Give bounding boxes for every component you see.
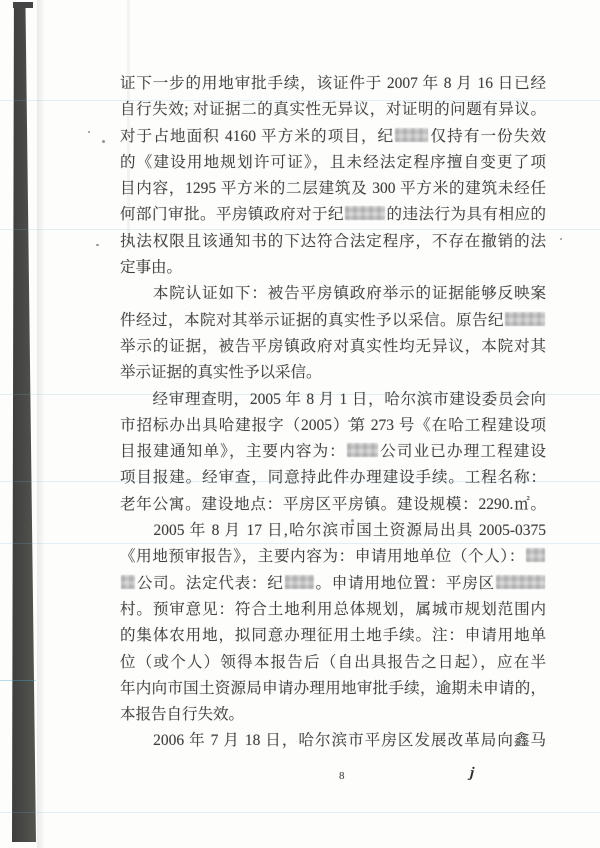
text-segment: 本院认证如下：被告平房镇政府举示的证据能够反映案 [120, 285, 546, 302]
text-line: 何部门审批。平房镇政府对于纪的违法行为具有相应的 [120, 202, 546, 228]
text-segment: 目报建通知单》，主要内容为： [120, 443, 346, 460]
text-line: 老年公寓。建设地点：平房区平房镇。建设规模：2290.㎡。 [120, 492, 546, 518]
scan-speck [102, 140, 105, 143]
redacted-text [395, 128, 428, 142]
text-line: 自行失效; 对证据二的真实性无异议，对证明的问题有异议。 [120, 97, 546, 123]
document-lines: 证下一步的用地审批手续，该证件于 2007 年 8 月 16 日已经自行失效; … [120, 71, 546, 755]
redacted-text [345, 206, 385, 220]
text-line: 本院认证如下：被告平房镇政府举示的证据能够反映案 [120, 281, 546, 307]
text-line: 2005 年 8 月 17 日,哈尔滨市国土资源局出具 2005-0375 [120, 518, 546, 544]
redacted-text [496, 575, 545, 589]
text-segment: 仅持有一份失效 [429, 128, 546, 145]
text-segment: 。申请用地位置：平房区 [315, 575, 495, 592]
text-segment: 2006 年 7 月 18 日，哈尔滨市平房区发展改革局向鑫马 [120, 732, 546, 749]
text-segment: 村。预审意见：符合土地利用总体规划，属城市规划范围内 [120, 601, 546, 618]
text-line: 项目报建。经审查，同意持此件办理建设手续。工程名称： [120, 465, 546, 491]
page-number: 8 [339, 770, 345, 782]
text-segment: 对于占地面积 4160 平方米的项目，纪 [120, 128, 394, 145]
text-line: 2006 年 7 月 18 日，哈尔滨市平房区发展改革局向鑫马 [120, 728, 546, 754]
text-line: 定事由。 [120, 255, 546, 281]
scan-line [0, 812, 600, 813]
text-line: 年内向市国土资源局申请办理用地审批手续，逾期未申请的， [120, 676, 546, 702]
text-segment: 的集体农用地，拟同意办理征用土地手续。注：申请用地单 [120, 627, 546, 644]
text-segment: 公司业已办理工程建设 [379, 443, 546, 460]
scan-speck [560, 238, 562, 240]
text-line: 目报建通知单》，主要内容为：公司业已办理工程建设 [120, 439, 546, 465]
text-segment: 举示的证据，被告平房镇政府对真实性均无异议，本院对其 [120, 338, 546, 355]
text-line: 对于占地面积 4160 平方米的项目，纪仅持有一份失效 [120, 124, 546, 150]
scan-streak [37, 0, 44, 848]
text-segment: 自行失效; 对证据二的真实性无异议，对证明的问题有异议。 [120, 101, 546, 118]
text-line: 举示证据的真实性予以采信。 [120, 360, 546, 386]
text-segment: 执法权限且该通知书的下达符合法定程序，不存在撤销的法 [120, 233, 546, 250]
text-segment: 的违法行为具有相应的 [386, 206, 546, 223]
text-line: 执法权限且该通知书的下达符合法定程序，不存在撤销的法 [120, 229, 546, 255]
text-line: 的集体农用地，拟同意办理征用土地手续。注：申请用地单 [120, 623, 546, 649]
ink-blot-mark: j [469, 765, 474, 782]
text-segment: 2005 年 8 月 17 日,哈尔滨市国土资源局出具 2005-0375 [120, 522, 546, 539]
text-segment: 的《建设用地规划许可证》，且未经法定程序擅自变更了项 [120, 154, 546, 171]
text-line: 《用地预审报告》，主要内容为：申请用地单位（个人）： [120, 544, 546, 570]
text-line: 的《建设用地规划许可证》，且未经法定程序擅自变更了项 [120, 150, 546, 176]
text-segment: 位（或个人）领得本报告后（自出具报告之日起），应在半 [120, 654, 546, 671]
redacted-text [505, 312, 545, 326]
scan-edge-bar-head [13, 2, 33, 8]
text-line: 目内容，1295 平方米的二层建筑及 300 平方米的建筑未经任 [120, 176, 546, 202]
scan-speck [96, 244, 99, 246]
text-segment: 《用地预审报告》，主要内容为：申请用地单位（个人）： [120, 548, 525, 565]
text-segment: 项目报建。经审查，同意持此件办理建设手续。工程名称： [120, 469, 546, 486]
scan-line [0, 680, 36, 681]
text-line: 举示的证据，被告平房镇政府对真实性均无异议，本院对其 [120, 334, 546, 360]
text-segment: 市招标办出具哈建报字（2005）第 273 号《在哈工程建设项 [120, 417, 546, 434]
text-segment: 本报告自行失效。 [120, 706, 244, 723]
text-segment: 件经过，本院对其举示证据的真实性予以采信。原告纪 [120, 312, 504, 329]
redacted-text [121, 575, 135, 589]
text-line: 市招标办出具哈建报字（2005）第 273 号《在哈工程建设项 [120, 413, 546, 439]
text-line: 证下一步的用地审批手续，该证件于 2007 年 8 月 16 日已经 [120, 71, 546, 97]
text-line: 件经过，本院对其举示证据的真实性予以采信。原告纪 [120, 308, 546, 334]
text-segment: 老年公寓。建设地点：平房区平房镇。建设规模：2290.㎡。 [120, 496, 546, 513]
redacted-text [526, 548, 545, 562]
scan-edge-bar [12, 2, 36, 842]
redacted-text [285, 575, 314, 589]
text-line: 村。预审意见：符合土地利用总体规划，属城市规划范围内 [120, 597, 546, 623]
text-line: 经审理查明，2005 年 8 月 1 日，哈尔滨市建设委员会向 [120, 387, 546, 413]
text-segment: 证下一步的用地审批手续，该证件于 2007 年 8 月 16 日已经 [120, 75, 546, 92]
text-segment: 目内容，1295 平方米的二层建筑及 300 平方米的建筑未经任 [120, 180, 546, 197]
text-segment: 定事由。 [120, 259, 182, 276]
text-segment: 举示证据的真实性予以采信。 [120, 364, 322, 381]
text-line: 位（或个人）领得本报告后（自出具报告之日起），应在半 [120, 650, 546, 676]
text-segment: 公司。法定代表：纪 [136, 575, 284, 592]
text-segment: 经审理查明，2005 年 8 月 1 日，哈尔滨市建设委员会向 [120, 391, 546, 408]
text-line: 本报告自行失效。 [120, 702, 546, 728]
text-segment: 何部门审批。平房镇政府对于纪 [120, 206, 344, 223]
scan-speck [88, 131, 90, 133]
text-line: 公司。法定代表：纪。申请用地位置：平房区 [120, 571, 546, 597]
redacted-text [347, 443, 378, 457]
text-segment: 年内向市国土资源局申请办理用地审批手续，逾期未申请的， [120, 680, 546, 697]
